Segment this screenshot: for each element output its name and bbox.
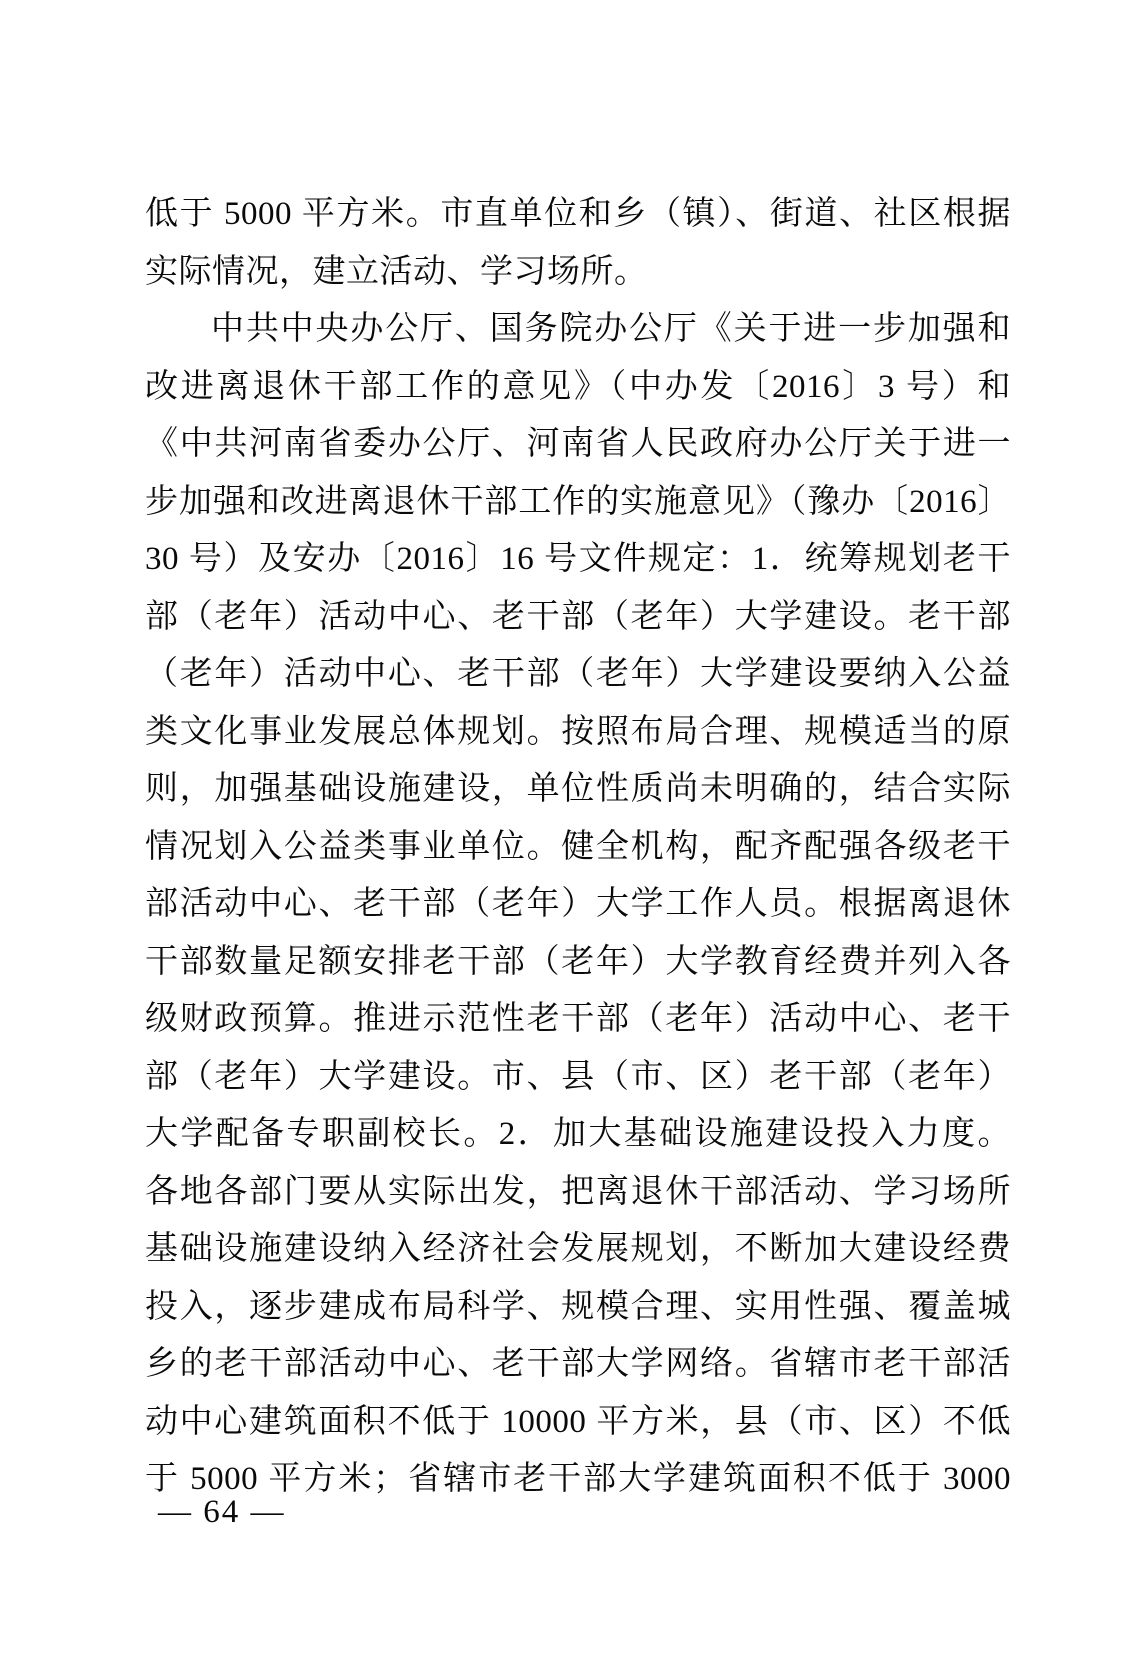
text-line: 部活动中心、老干部（老年）大学工作人员。根据离退休 bbox=[145, 876, 1011, 934]
text-line: 部（老年）大学建设。市、县（市、区）老干部（老年） bbox=[145, 1049, 1011, 1107]
text-line: 干部数量足额安排老干部（老年）大学教育经费并列入各 bbox=[145, 934, 1011, 992]
text-line: 级财政预算。推进示范性老干部（老年）活动中心、老干 bbox=[145, 991, 1011, 1049]
text-line: （老年）活动中心、老干部（老年）大学建设要纳入公益 bbox=[145, 646, 1011, 704]
text-line: 步加强和改进离退休干部工作的实施意见》（豫办〔2016〕 bbox=[145, 474, 1011, 532]
text-line: 乡的老干部活动中心、老干部大学网络。省辖市老干部活 bbox=[145, 1336, 1011, 1394]
text-line: 低于 5000 平方米。市直单位和乡（镇）、街道、社区根据 bbox=[145, 186, 1011, 244]
text-line: 实际情况，建立活动、学习场所。 bbox=[145, 244, 1011, 302]
text-line: 改进离退休干部工作的意见》（中办发〔2016〕3 号）和 bbox=[145, 359, 1011, 417]
text-line: 基础设施建设纳入经济社会发展规划，不断加大建设经费 bbox=[145, 1221, 1011, 1279]
text-line: 大学配备专职副校长。2．加大基础设施建设投入力度。 bbox=[145, 1106, 1011, 1164]
document-body: 低于 5000 平方米。市直单位和乡（镇）、街道、社区根据 实际情况，建立活动、… bbox=[145, 186, 1011, 1509]
text-line: 则，加强基础设施建设，单位性质尚未明确的，结合实际 bbox=[145, 761, 1011, 819]
document-page: 低于 5000 平方米。市直单位和乡（镇）、街道、社区根据 实际情况，建立活动、… bbox=[0, 0, 1142, 1654]
text-line: 投入，逐步建成布局科学、规模合理、实用性强、覆盖城 bbox=[145, 1279, 1011, 1337]
text-line: 部（老年）活动中心、老干部（老年）大学建设。老干部 bbox=[145, 589, 1011, 647]
text-line: 《中共河南省委办公厅、河南省人民政府办公厅关于进一 bbox=[145, 416, 1011, 474]
text-line-paragraph-start: 中共中央办公厅、国务院办公厅《关于进一步加强和 bbox=[145, 301, 1011, 359]
page-number: — 64 — bbox=[158, 1492, 286, 1532]
text-line: 30 号）及安办〔2016〕16 号文件规定：1．统筹规划老干 bbox=[145, 531, 1011, 589]
text-line: 各地各部门要从实际出发，把离退休干部活动、学习场所 bbox=[145, 1164, 1011, 1222]
text-line: 动中心建筑面积不低于 10000 平方米，县（市、区）不低 bbox=[145, 1394, 1011, 1452]
text-line: 类文化事业发展总体规划。按照布局合理、规模适当的原 bbox=[145, 704, 1011, 762]
text-line: 情况划入公益类事业单位。健全机构，配齐配强各级老干 bbox=[145, 819, 1011, 877]
